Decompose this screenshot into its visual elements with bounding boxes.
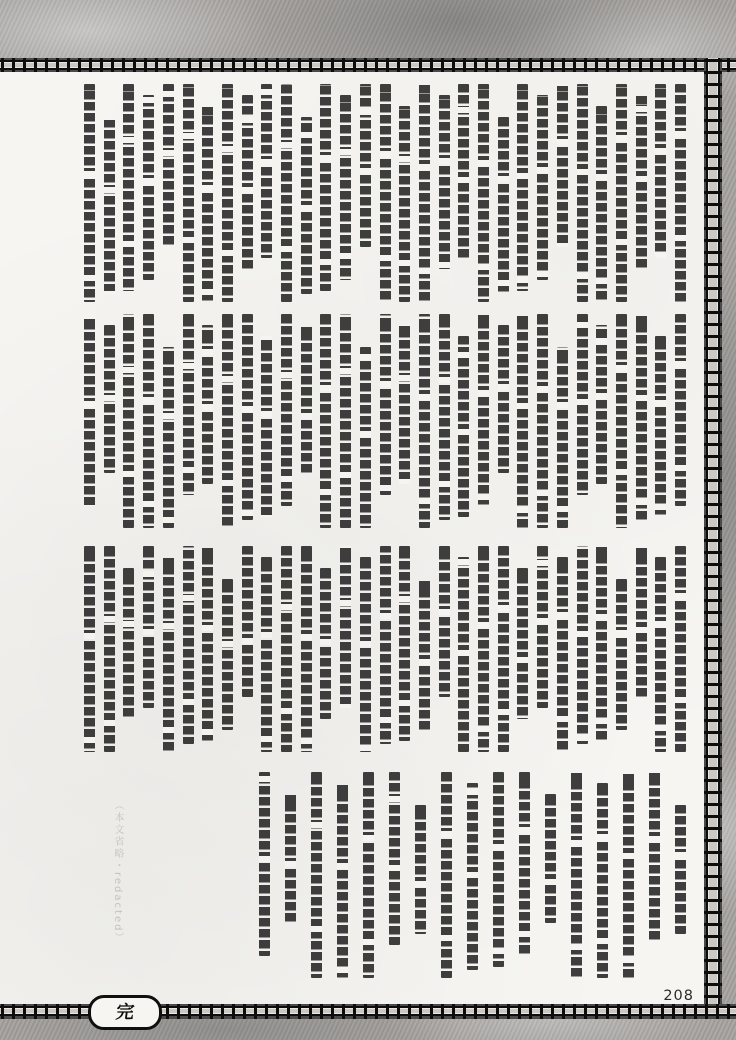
redacted-text-column bbox=[577, 314, 588, 495]
redacted-text-column bbox=[242, 546, 253, 697]
redacted-text-column bbox=[419, 84, 430, 302]
redacted-text-column bbox=[498, 546, 509, 752]
redacted-text-column bbox=[281, 546, 292, 752]
redacted-text-column bbox=[281, 314, 292, 506]
redacted-text-column bbox=[242, 95, 253, 269]
redacted-text-column bbox=[360, 84, 371, 247]
redacted-text-column bbox=[636, 314, 647, 520]
redacted-text-column bbox=[242, 314, 253, 520]
scanned-page: 完 208 （本文省略・redacted） bbox=[0, 0, 736, 1040]
redacted-text-column bbox=[399, 546, 410, 741]
redacted-text-column bbox=[311, 772, 322, 978]
redacted-text-column bbox=[655, 336, 666, 517]
redacted-text-column bbox=[261, 84, 272, 258]
redacted-text-column bbox=[498, 117, 509, 294]
redacted-text-column bbox=[439, 546, 450, 697]
redacted-text-column bbox=[123, 314, 134, 528]
redaction-notice: （本文省略・redacted） bbox=[110, 800, 125, 950]
redacted-text-column bbox=[571, 772, 582, 978]
redacted-text-column bbox=[143, 546, 154, 708]
redacted-text-column bbox=[498, 325, 509, 473]
body-text-block bbox=[0, 0, 704, 1040]
redacted-text-column bbox=[183, 84, 194, 302]
redacted-text-column bbox=[202, 106, 213, 302]
redacted-text-column bbox=[537, 95, 548, 280]
redacted-text-column bbox=[202, 546, 213, 741]
end-marker-capsule: 完 bbox=[88, 995, 162, 1030]
redacted-text-column bbox=[163, 84, 174, 247]
redacted-text-column bbox=[478, 546, 489, 752]
redacted-text-column bbox=[222, 84, 233, 302]
redacted-text-column bbox=[380, 314, 391, 495]
redacted-text-column bbox=[301, 117, 312, 294]
redacted-text-column bbox=[281, 84, 292, 302]
redacted-text-column bbox=[616, 314, 627, 528]
redacted-text-column bbox=[340, 546, 351, 708]
redacted-text-column bbox=[389, 772, 400, 945]
redacted-text-column bbox=[84, 314, 95, 506]
redacted-text-column bbox=[577, 546, 588, 744]
redacted-text-column bbox=[517, 84, 528, 291]
redacted-text-column bbox=[616, 84, 627, 302]
redacted-text-column bbox=[545, 794, 556, 923]
redacted-text-column bbox=[380, 84, 391, 302]
redacted-text-column bbox=[557, 347, 568, 528]
redacted-text-column bbox=[439, 95, 450, 269]
redacted-text-column bbox=[301, 325, 312, 473]
redacted-text-column bbox=[399, 106, 410, 302]
redacted-text-column bbox=[320, 568, 331, 719]
redacted-text-column bbox=[163, 557, 174, 752]
redacted-text-column bbox=[419, 314, 430, 528]
chain-border-top bbox=[0, 58, 736, 72]
redacted-text-column bbox=[649, 772, 660, 945]
redacted-text-column bbox=[337, 783, 348, 978]
page-number: 208 bbox=[654, 988, 694, 1004]
redacted-text-column bbox=[458, 557, 469, 752]
redacted-text-column bbox=[104, 325, 115, 473]
redacted-text-column bbox=[360, 347, 371, 528]
redacted-text-column bbox=[84, 84, 95, 302]
redacted-text-column bbox=[399, 325, 410, 484]
redacted-text-column bbox=[458, 84, 469, 258]
redacted-text-column bbox=[577, 84, 588, 302]
redacted-text-column bbox=[183, 314, 194, 495]
redacted-text-column bbox=[261, 557, 272, 752]
chain-border-right bbox=[704, 58, 722, 1019]
redacted-text-column bbox=[596, 546, 607, 741]
redacted-text-column bbox=[439, 314, 450, 520]
redacted-text-column bbox=[104, 117, 115, 294]
redacted-text-column bbox=[202, 325, 213, 484]
redacted-text-column bbox=[597, 783, 608, 978]
redacted-text-column bbox=[557, 557, 568, 752]
redacted-text-column bbox=[143, 95, 154, 280]
redacted-text-column bbox=[340, 95, 351, 280]
redacted-text-column bbox=[467, 783, 478, 970]
redacted-text-column bbox=[675, 546, 686, 752]
text-band-4 bbox=[0, 772, 704, 978]
redacted-text-column bbox=[675, 84, 686, 302]
redacted-text-column bbox=[183, 546, 194, 744]
redacted-text-column bbox=[519, 772, 530, 956]
redacted-text-column bbox=[222, 314, 233, 528]
redacted-text-column bbox=[596, 325, 607, 484]
redacted-text-column bbox=[537, 314, 548, 528]
redacted-text-column bbox=[655, 557, 666, 752]
redacted-text-column bbox=[517, 314, 528, 528]
redacted-text-column bbox=[419, 579, 430, 730]
redacted-text-column bbox=[493, 772, 504, 967]
redacted-text-column bbox=[259, 772, 270, 956]
redacted-text-column bbox=[616, 579, 627, 730]
redacted-text-column bbox=[320, 314, 331, 528]
redacted-text-column bbox=[557, 84, 568, 247]
redacted-text-column bbox=[415, 805, 426, 934]
redacted-text-column bbox=[285, 794, 296, 923]
text-band-1 bbox=[0, 84, 704, 302]
redacted-text-column bbox=[517, 568, 528, 719]
redacted-text-column bbox=[143, 314, 154, 528]
redacted-text-column bbox=[222, 579, 233, 730]
redacted-text-column bbox=[380, 546, 391, 744]
redacted-text-column bbox=[623, 772, 634, 978]
redacted-text-column bbox=[163, 347, 174, 528]
redacted-text-column bbox=[478, 314, 489, 506]
redacted-text-column bbox=[104, 546, 115, 752]
redacted-text-column bbox=[596, 106, 607, 302]
redacted-text-column bbox=[320, 84, 331, 291]
redacted-text-column bbox=[636, 546, 647, 697]
redacted-text-column bbox=[478, 84, 489, 302]
redacted-text-column bbox=[123, 568, 134, 719]
redacted-text-column bbox=[636, 95, 647, 269]
redacted-text-column bbox=[655, 84, 666, 258]
text-band-2 bbox=[0, 314, 704, 528]
redacted-text-column bbox=[261, 336, 272, 517]
redacted-text-column bbox=[84, 546, 95, 752]
redacted-text-column bbox=[363, 772, 374, 978]
redacted-text-column bbox=[675, 805, 686, 934]
end-marker-label: 完 bbox=[115, 1004, 136, 1022]
text-band-3 bbox=[0, 546, 704, 752]
redacted-text-column bbox=[340, 314, 351, 528]
redacted-text-column bbox=[301, 546, 312, 752]
redacted-text-column bbox=[360, 557, 371, 752]
redacted-text-column bbox=[441, 772, 452, 978]
redacted-text-column bbox=[675, 314, 686, 506]
redacted-text-column bbox=[123, 84, 134, 291]
redacted-text-column bbox=[537, 546, 548, 708]
redacted-text-column bbox=[458, 336, 469, 517]
